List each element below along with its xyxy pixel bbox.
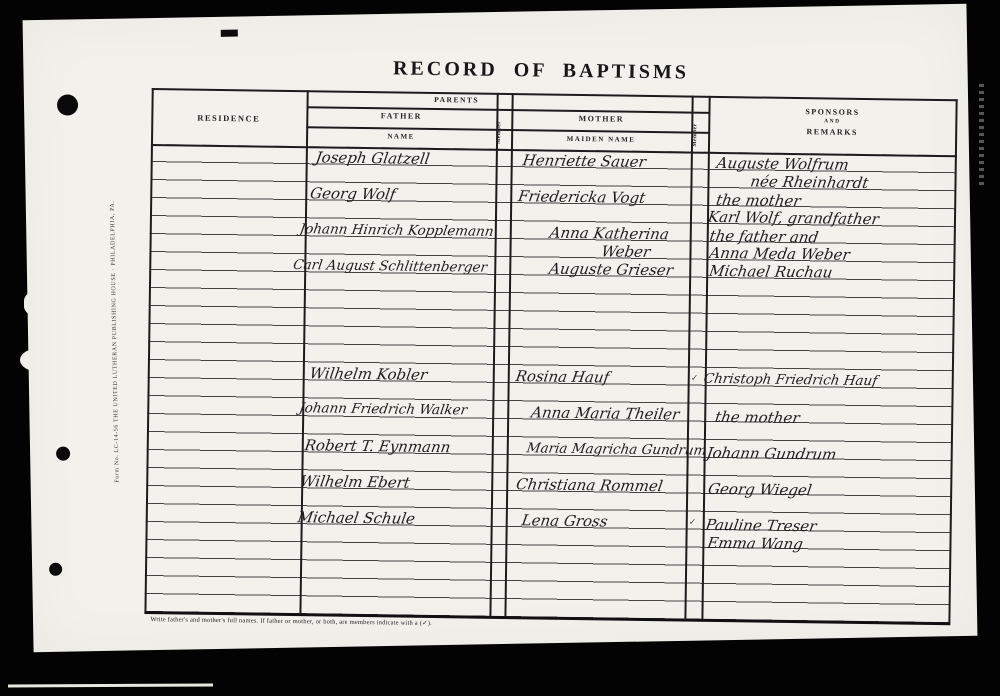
punch-hole bbox=[49, 563, 62, 576]
sponsor-note: Emma Wang bbox=[706, 534, 804, 553]
mother-name: Christiana Rommel bbox=[515, 475, 664, 495]
sponsor-note: Anna Meda Weber bbox=[708, 244, 851, 264]
baptism-table: RECORD OF BAPTISMS PARENTS RESIDENCE FAT… bbox=[144, 88, 957, 639]
sponsor-note: the mother bbox=[714, 408, 801, 427]
edge-mark bbox=[221, 30, 238, 37]
punch-hole bbox=[57, 94, 78, 115]
father-name: Michael Schule bbox=[296, 508, 416, 528]
sponsor-note: Auguste Wolfrum bbox=[715, 154, 850, 174]
publisher-imprint: Form No. LC-14-56 THE UNITED LUTHERAN PU… bbox=[110, 201, 125, 483]
film-edge-marking bbox=[979, 84, 984, 189]
sponsor-note: Pauline Treser bbox=[704, 516, 818, 536]
page-title: RECORD OF BAPTISMS bbox=[152, 54, 930, 88]
sponsor-note: Michael Ruchau bbox=[708, 262, 834, 282]
header-member-father: Member bbox=[496, 111, 512, 153]
register-page: Form No. LC-14-56 THE UNITED LUTHERAN PU… bbox=[23, 4, 978, 652]
sponsor-note: Georg Wiegel bbox=[707, 480, 813, 499]
header-remarks: REMARKS bbox=[708, 126, 956, 138]
mother-name: Friedericka Vogt bbox=[517, 187, 647, 207]
mother-name: Lena Gross bbox=[520, 511, 609, 530]
header-member-mother: Member bbox=[692, 114, 708, 156]
film-scratch bbox=[8, 683, 213, 687]
microfilm-scan: { "form": { "title": "RECORD OF BAPTISMS… bbox=[0, 0, 1000, 696]
mother-name: Maria Magricha Gundrum bbox=[526, 440, 708, 458]
member-check-mark: ✓ bbox=[689, 518, 697, 528]
father-name: Wilhelm Ebert bbox=[299, 472, 411, 491]
member-check-mark: ✓ bbox=[691, 374, 699, 384]
sponsor-note: Christoph Friedrich Hauf bbox=[703, 371, 879, 389]
header-father-name: NAME bbox=[306, 131, 496, 142]
header-father: FATHER bbox=[306, 110, 496, 122]
header-sponsors-and: AND bbox=[708, 117, 956, 126]
sponsor-note: Johann Gundrum bbox=[705, 444, 837, 464]
mother-name: Anna Maria Theiler bbox=[530, 403, 681, 423]
mother-name: Anna Katherina bbox=[548, 224, 670, 244]
header-maiden-name: MAIDEN NAME bbox=[511, 134, 691, 145]
father-name: Johann Hinrich Kopplemann bbox=[299, 221, 495, 240]
punch-hole bbox=[56, 447, 70, 461]
father-name: Johann Friedrich Walker bbox=[298, 400, 468, 418]
mother-name: Rosina Hauf bbox=[514, 367, 610, 386]
mother-name-continued: Weber bbox=[600, 242, 652, 261]
mother-name: Henriette Sauer bbox=[521, 151, 647, 171]
father-name: Georg Wolf bbox=[309, 184, 397, 203]
father-name: Wilhelm Kobler bbox=[308, 364, 428, 384]
mother-name: Auguste Grieser bbox=[548, 260, 674, 280]
sponsor-note: née Rheinhardt bbox=[749, 172, 870, 192]
father-name: Carl August Schlittenberger bbox=[292, 257, 488, 276]
father-name: Robert T. Eynmann bbox=[303, 436, 451, 456]
sponsor-note: Karl Wolf, grandfather bbox=[707, 208, 881, 228]
header-residence: RESIDENCE bbox=[151, 112, 306, 124]
father-name: Joseph Glatzell bbox=[314, 148, 431, 168]
header-mother: MOTHER bbox=[511, 113, 691, 125]
